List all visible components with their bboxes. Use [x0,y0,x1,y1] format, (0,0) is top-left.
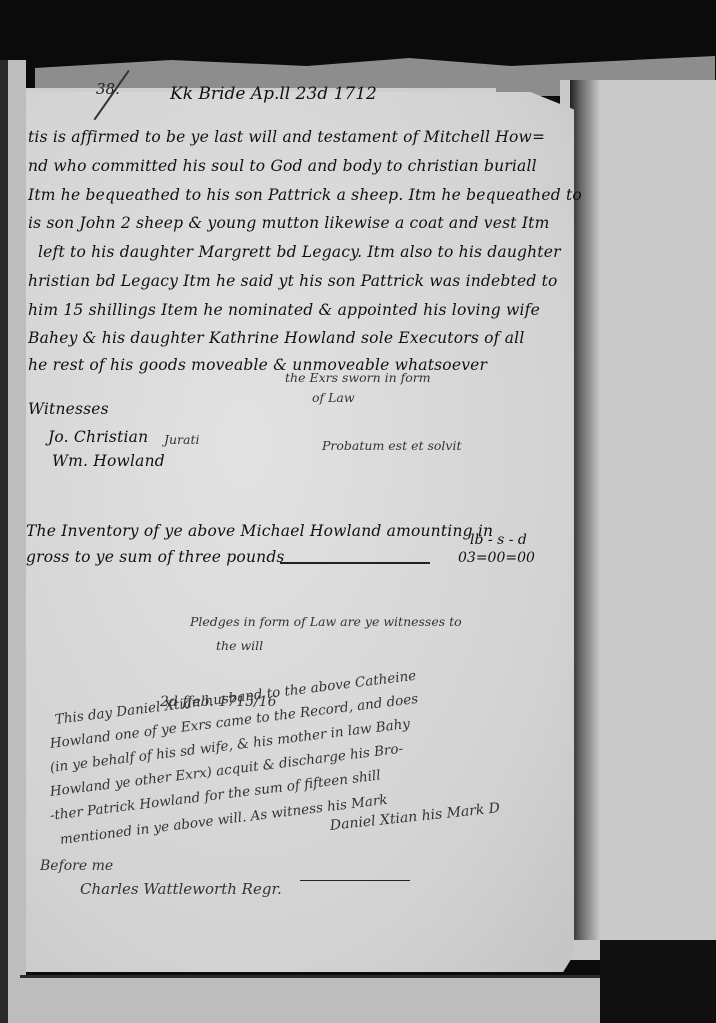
inventory-currency-header: lb - s - d [470,532,527,548]
registrar-signature: Charles Wattleworth Regr. [80,880,282,898]
will-line: nd who committed his soul to God and bod… [28,157,537,175]
signature-flourish [300,880,410,881]
will-line: is son John 2 sheep & young mutton likew… [28,214,550,232]
inventory-line: The Inventory of ye above Michael Howlan… [26,522,493,540]
will-line: tis is affirmed to be ye last will and t… [28,128,545,146]
pledges-note: Pledges in form of Law are ye witnesses … [190,614,462,629]
document-scan: 38. Kk Bride Ap.ll 23d 1712 tis is affir… [0,0,716,1023]
witnesses-label: Witnesses [28,400,109,418]
page-edge-shadow [570,80,600,940]
witness-name: Jo. Christian [48,428,148,446]
will-line: left to his daughter Margrett bd Legacy.… [38,243,561,261]
pledges-note: the will [216,638,263,653]
inventory-line: gross to ye sum of three pounds [26,548,285,566]
sworn-note: of Law [312,390,355,405]
will-line: Itm he bequeathed to his son Pattrick a … [28,186,582,204]
scan-dark-corner [600,940,716,1023]
will-line: him 15 shillings Item he nominated & app… [28,301,540,319]
page-bottom-fold [20,975,600,1023]
inventory-amount: 03=00=00 [458,550,535,566]
probate-note: Probatum est et solvit [322,438,462,453]
book-binding-edge [0,60,8,1023]
will-line: hristian bd Legacy Itm he said yt his so… [28,272,558,290]
document-header: Kk Bride Ap.ll 23d 1712 [170,84,377,104]
sworn-note: the Exrs sworn in form [285,370,431,385]
inventory-dash-rule [280,562,430,564]
previous-page-edge [8,60,26,1023]
before-me-label: Before me [40,858,113,874]
witness-name: Wm. Howland [52,452,165,470]
will-line: Bahey & his daughter Kathrine Howland so… [28,329,524,347]
jurati-annotation: Jurati [164,432,200,447]
